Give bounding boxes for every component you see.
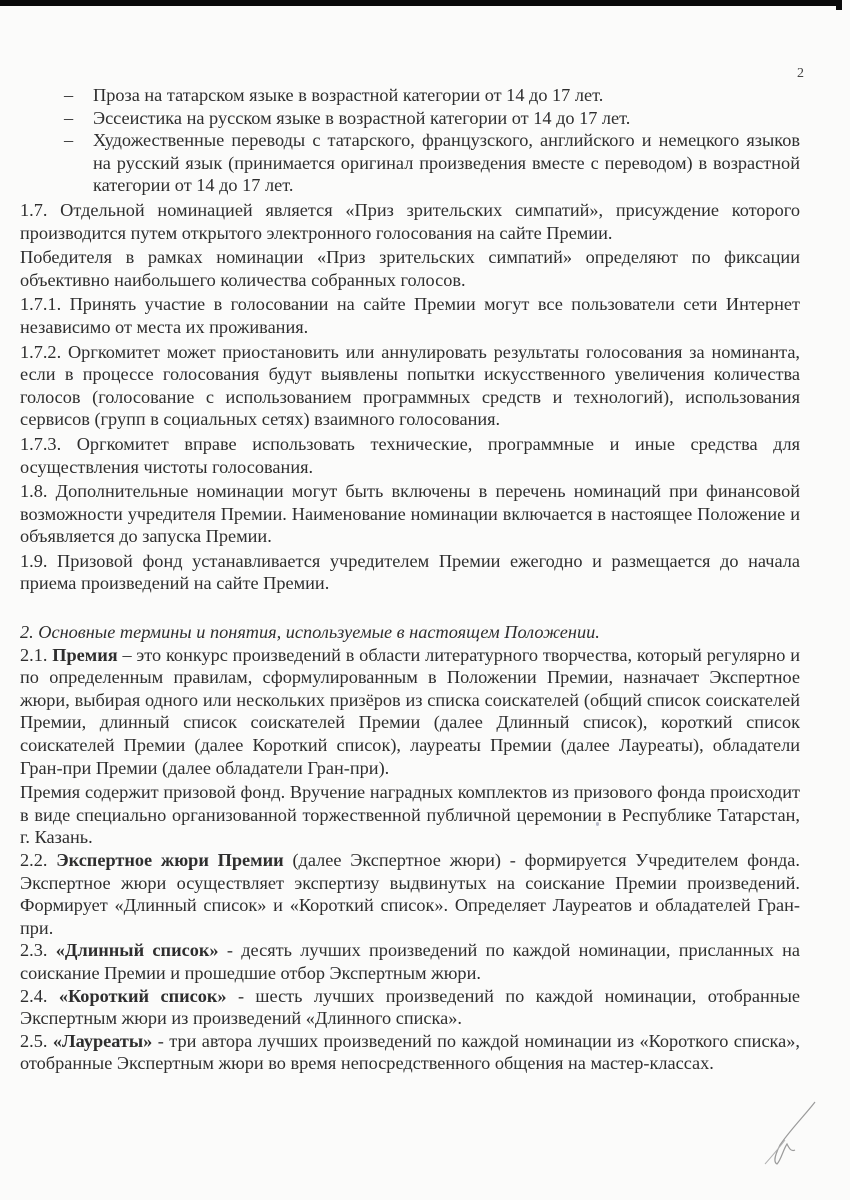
term-expert-jury: Экспертное жюри Премии	[56, 850, 283, 870]
scan-border-top	[0, 0, 842, 6]
nomination-list: –Проза на татарском языке в возрастной к…	[20, 84, 800, 197]
paragraph-2-1-prize-fund: Премия содержит призовой фонд. Вручение …	[20, 781, 800, 849]
paragraph-1-7-winner: Победителя в рамках номинации «Приз зрит…	[20, 246, 800, 291]
list-item: –Художественные переводы с татарского, ф…	[20, 129, 800, 197]
paragraph-1-7-3: 1.7.3. Оргкомитет вправе использовать те…	[20, 433, 800, 478]
dash-bullet: –	[64, 107, 73, 130]
paragraph-1-7-2: 1.7.2. Оргкомитет может приостановить ил…	[20, 341, 800, 431]
paragraph-1-7-1: 1.7.1. Принять участие в голосовании на …	[20, 293, 800, 338]
paragraph-1-9: 1.9. Призовой фонд устанавливается учред…	[20, 550, 800, 595]
list-item: –Проза на татарском языке в возрастной к…	[20, 84, 800, 107]
paragraph-2-3: 2.3. «Длинный список» - десять лучших пр…	[20, 939, 800, 984]
page-number: 2	[797, 66, 804, 82]
paragraph-2-5: 2.5. «Лауреаты» - три автора лучших прои…	[20, 1030, 800, 1075]
paragraph-1-7: 1.7. Отдельной номинацией является «Приз…	[20, 199, 800, 244]
section-2-title: 2. Основные термины и понятия, используе…	[20, 621, 800, 644]
term-laureates: «Лауреаты»	[53, 1031, 152, 1051]
scan-speck	[596, 822, 599, 826]
term-premiya: Премия	[52, 645, 117, 665]
dash-bullet: –	[64, 129, 73, 152]
term-short-list: «Короткий список»	[59, 986, 227, 1006]
document-body: –Проза на татарском языке в возрастной к…	[20, 84, 800, 1075]
scan-border-corner	[836, 0, 842, 10]
paragraph-2-1: 2.1. Премия – это конкурс произведений в…	[20, 644, 800, 780]
term-long-list: «Длинный список»	[56, 940, 219, 960]
paragraph-2-4: 2.4. «Короткий список» - шесть лучших пр…	[20, 985, 800, 1030]
list-item: –Эссеистика на русском языке в возрастно…	[20, 107, 800, 130]
dash-bullet: –	[64, 84, 73, 107]
paragraph-2-2: 2.2. Экспертное жюри Премии (далее Экспе…	[20, 849, 800, 939]
paragraph-1-8: 1.8. Дополнительные номинации могут быть…	[20, 480, 800, 548]
signature-mark	[745, 1100, 825, 1170]
